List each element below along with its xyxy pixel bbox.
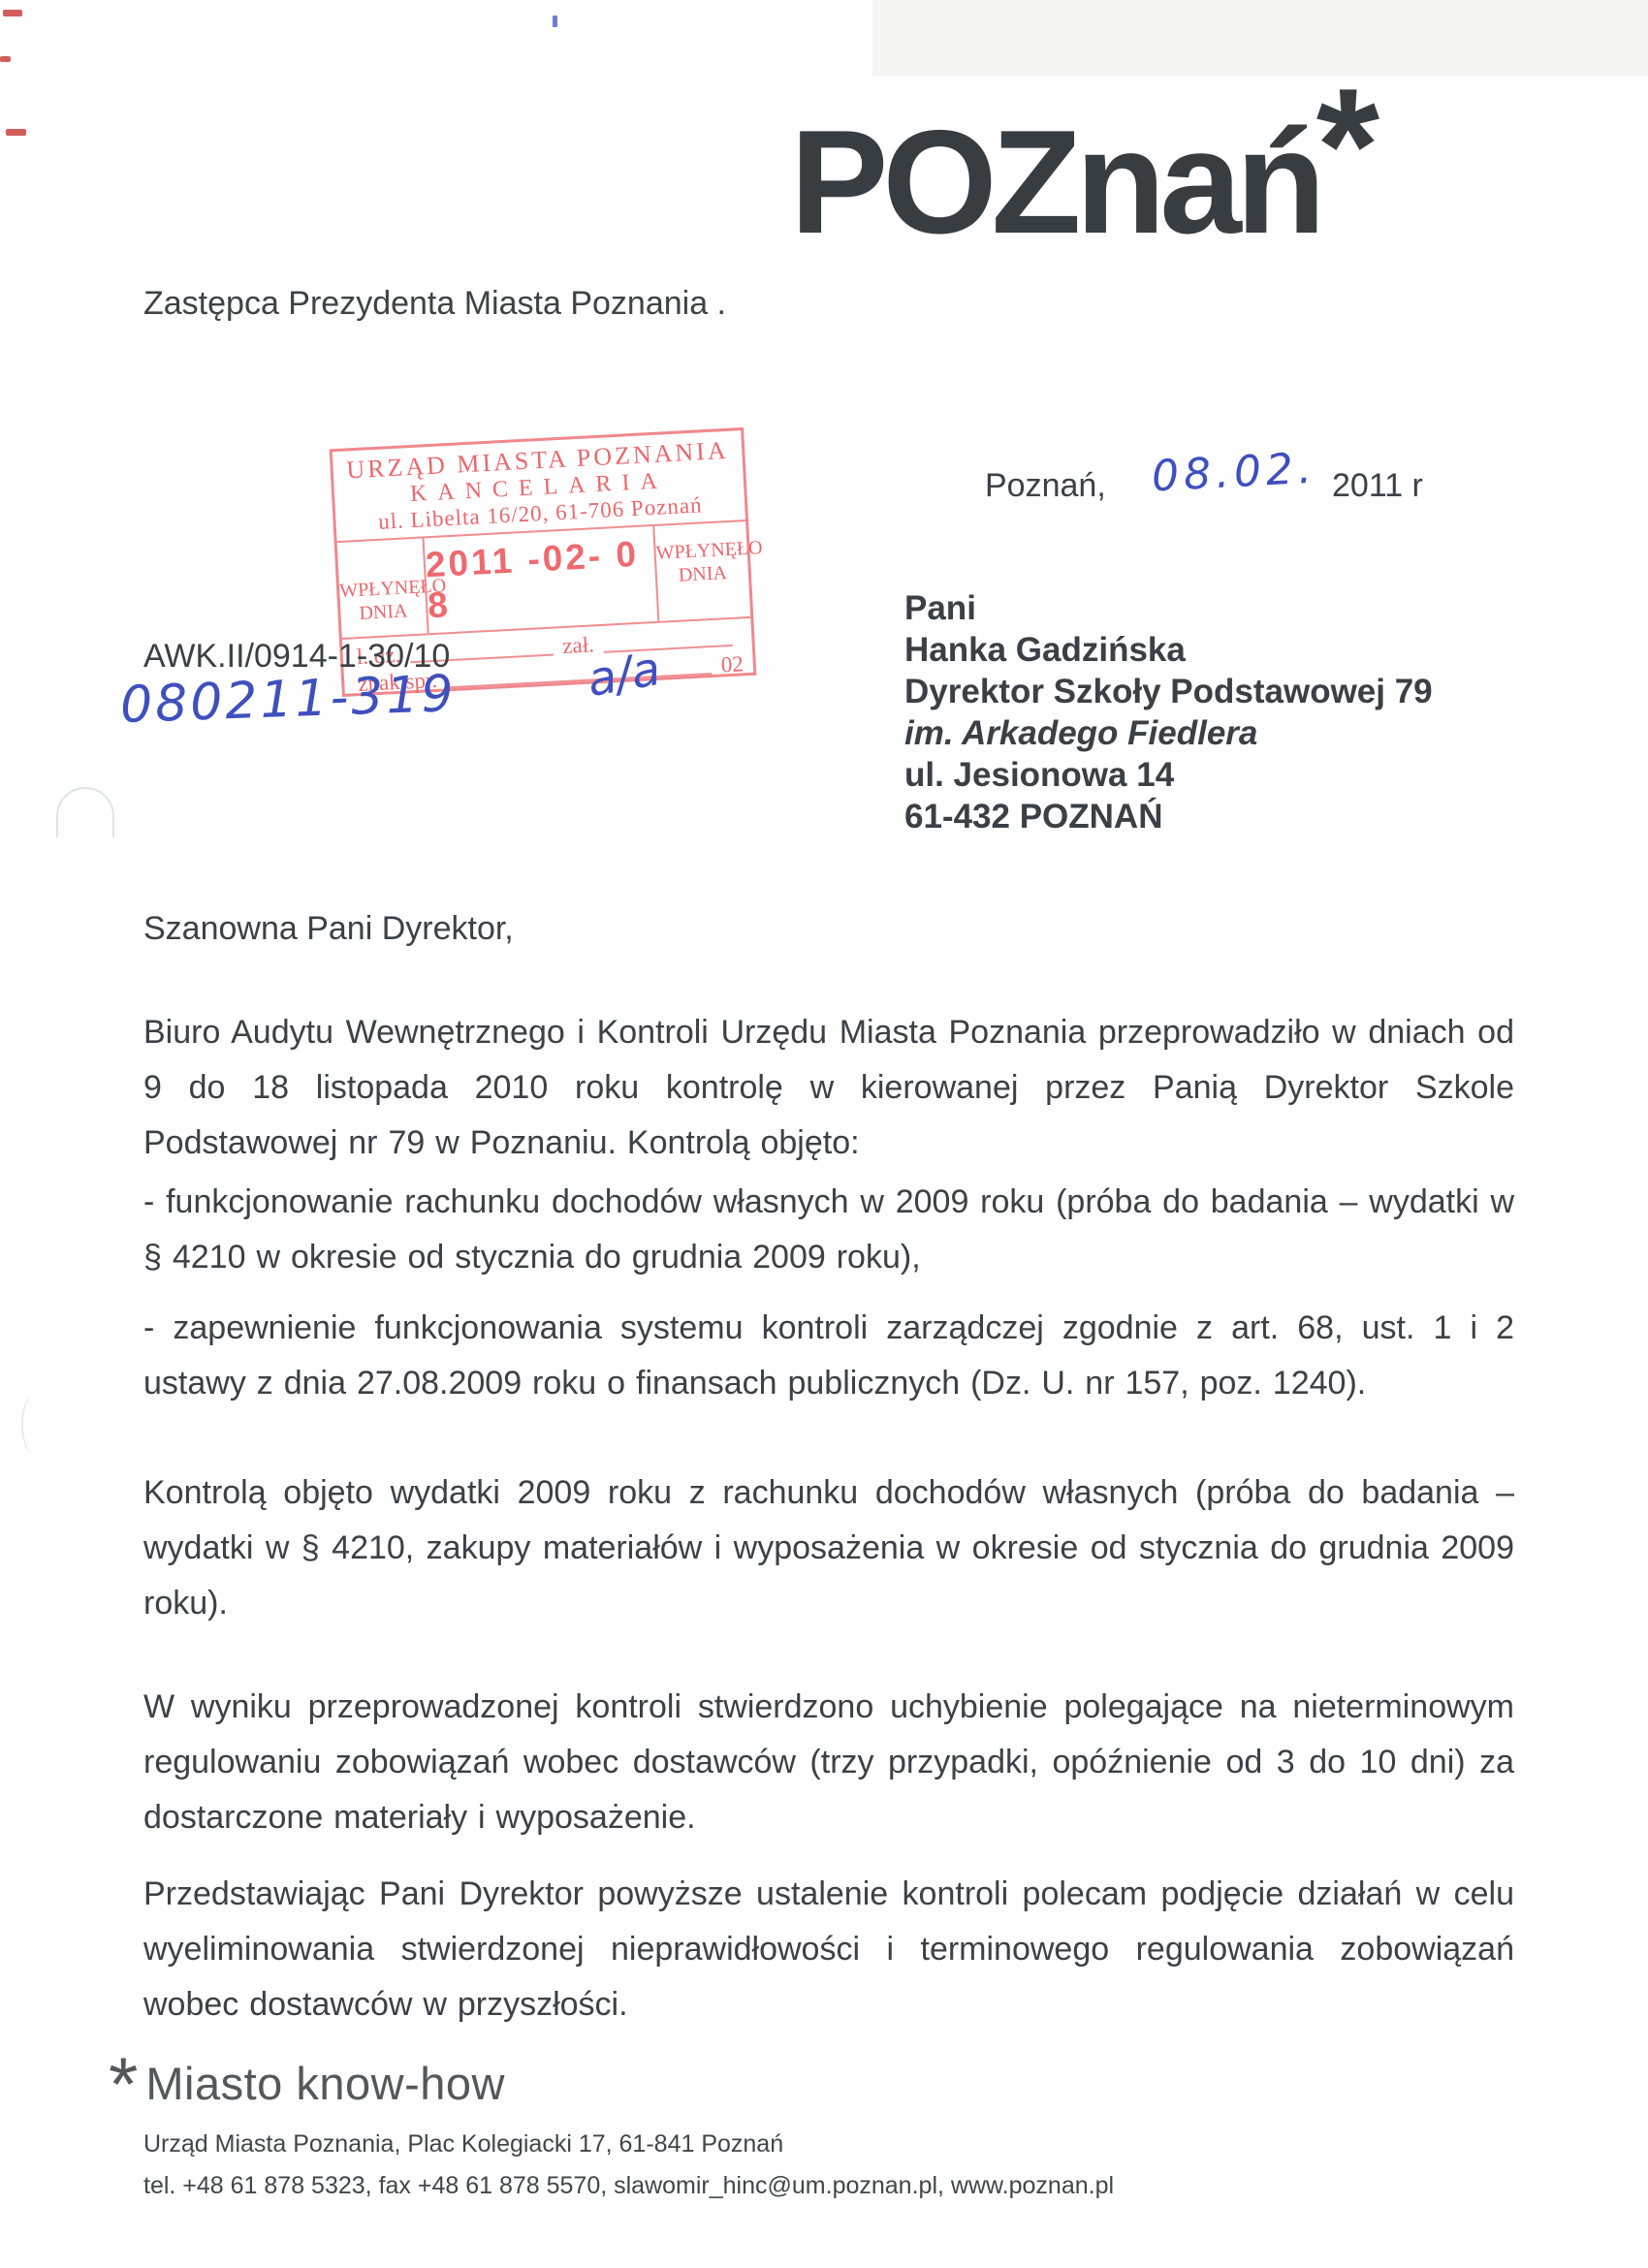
scan-arc-artifact	[21, 1396, 47, 1454]
dateline-year: 2011 r	[1332, 467, 1423, 505]
paragraph-findings: W wyniku przeprowadzonej kontroli stwier…	[143, 1680, 1514, 1845]
footer-address: Urząd Miasta Poznania, Plac Kolegiacki 1…	[143, 2130, 1114, 2158]
scanned-letter-page: POZnań* Zastępca Prezydenta Miasta Pozna…	[0, 0, 1648, 2268]
recipient-street: ul. Jesionowa 14	[904, 754, 1433, 796]
recipient-position: Dyrektor Szkoły Podstawowej 79	[904, 671, 1433, 712]
stamp-received-label-left: WPŁYNĘŁO DNIA	[337, 538, 429, 638]
scan-shadow-band	[872, 0, 1648, 76]
handwritten-date: 08.02.	[1151, 444, 1317, 502]
handwritten-case-number: 080211-319	[119, 665, 457, 735]
letterhead-footer: * Miasto know-how Urząd Miasta Poznania,…	[109, 2047, 1114, 2200]
recipient-block: Pani Hanka Gadzińska Dyrektor Szkoły Pod…	[904, 587, 1433, 837]
paragraph-scope-summary: Kontrolą objęto wydatki 2009 roku z rach…	[143, 1465, 1514, 1631]
paragraph-recommendation: Przedstawiając Pani Dyrektor powyższe us…	[143, 1867, 1514, 2032]
scan-edge-mark	[6, 129, 26, 136]
stamp-received-label-right: WPŁYNĘŁO DNIA	[652, 521, 750, 621]
stamp-blank-line	[447, 673, 712, 688]
scan-edge-mark	[3, 10, 22, 16]
poznan-city-logo: POZnań*	[790, 83, 1383, 270]
scan-edge-mark	[0, 56, 11, 62]
paragraph-audit-intro: Biuro Audytu Wewnętrznego i Kontroli Urz…	[143, 1005, 1514, 1171]
scan-arc-artifact	[56, 787, 114, 837]
letter-body: Szanowna Pani Dyrektor, Biuro Audytu Wew…	[143, 901, 1514, 2032]
footer-contact: tel. +48 61 878 5323, fax +48 61 878 557…	[143, 2172, 1114, 2200]
stamp-date-value: 2011 -02- 0 8	[425, 526, 658, 633]
dateline-city: Poznań,	[985, 467, 1106, 505]
recipient-name: Hanka Gadzińska	[904, 629, 1433, 671]
paragraph-scope-item-1: - funkcjonowanie rachunku dochodów własn…	[143, 1175, 1514, 1285]
footer-asterisk-icon: *	[109, 2055, 138, 2113]
stamp-attachments-count: 02	[720, 651, 744, 677]
recipient-salutation: Pani	[904, 587, 1433, 629]
footer-slogan: Miasto know-how	[145, 2057, 505, 2110]
ink-speck	[553, 16, 557, 27]
salutation: Szanowna Pani Dyrektor,	[143, 901, 1514, 957]
handwritten-aa-mark: a/a	[584, 642, 665, 708]
recipient-school-patron: im. Arkadego Fiedlera	[904, 712, 1433, 754]
logo-wordmark: POZnań	[790, 100, 1320, 265]
footer-slogan-row: * Miasto know-how	[109, 2047, 1114, 2105]
logo-asterisk-icon: *	[1316, 54, 1379, 236]
paragraph-scope-item-2: - zapewnienie funkcjonowania systemu kon…	[143, 1301, 1514, 1411]
recipient-city: 61-432 POZNAŃ	[904, 796, 1433, 837]
sender-title: Zastępca Prezydenta Miasta Poznania .	[143, 285, 726, 323]
